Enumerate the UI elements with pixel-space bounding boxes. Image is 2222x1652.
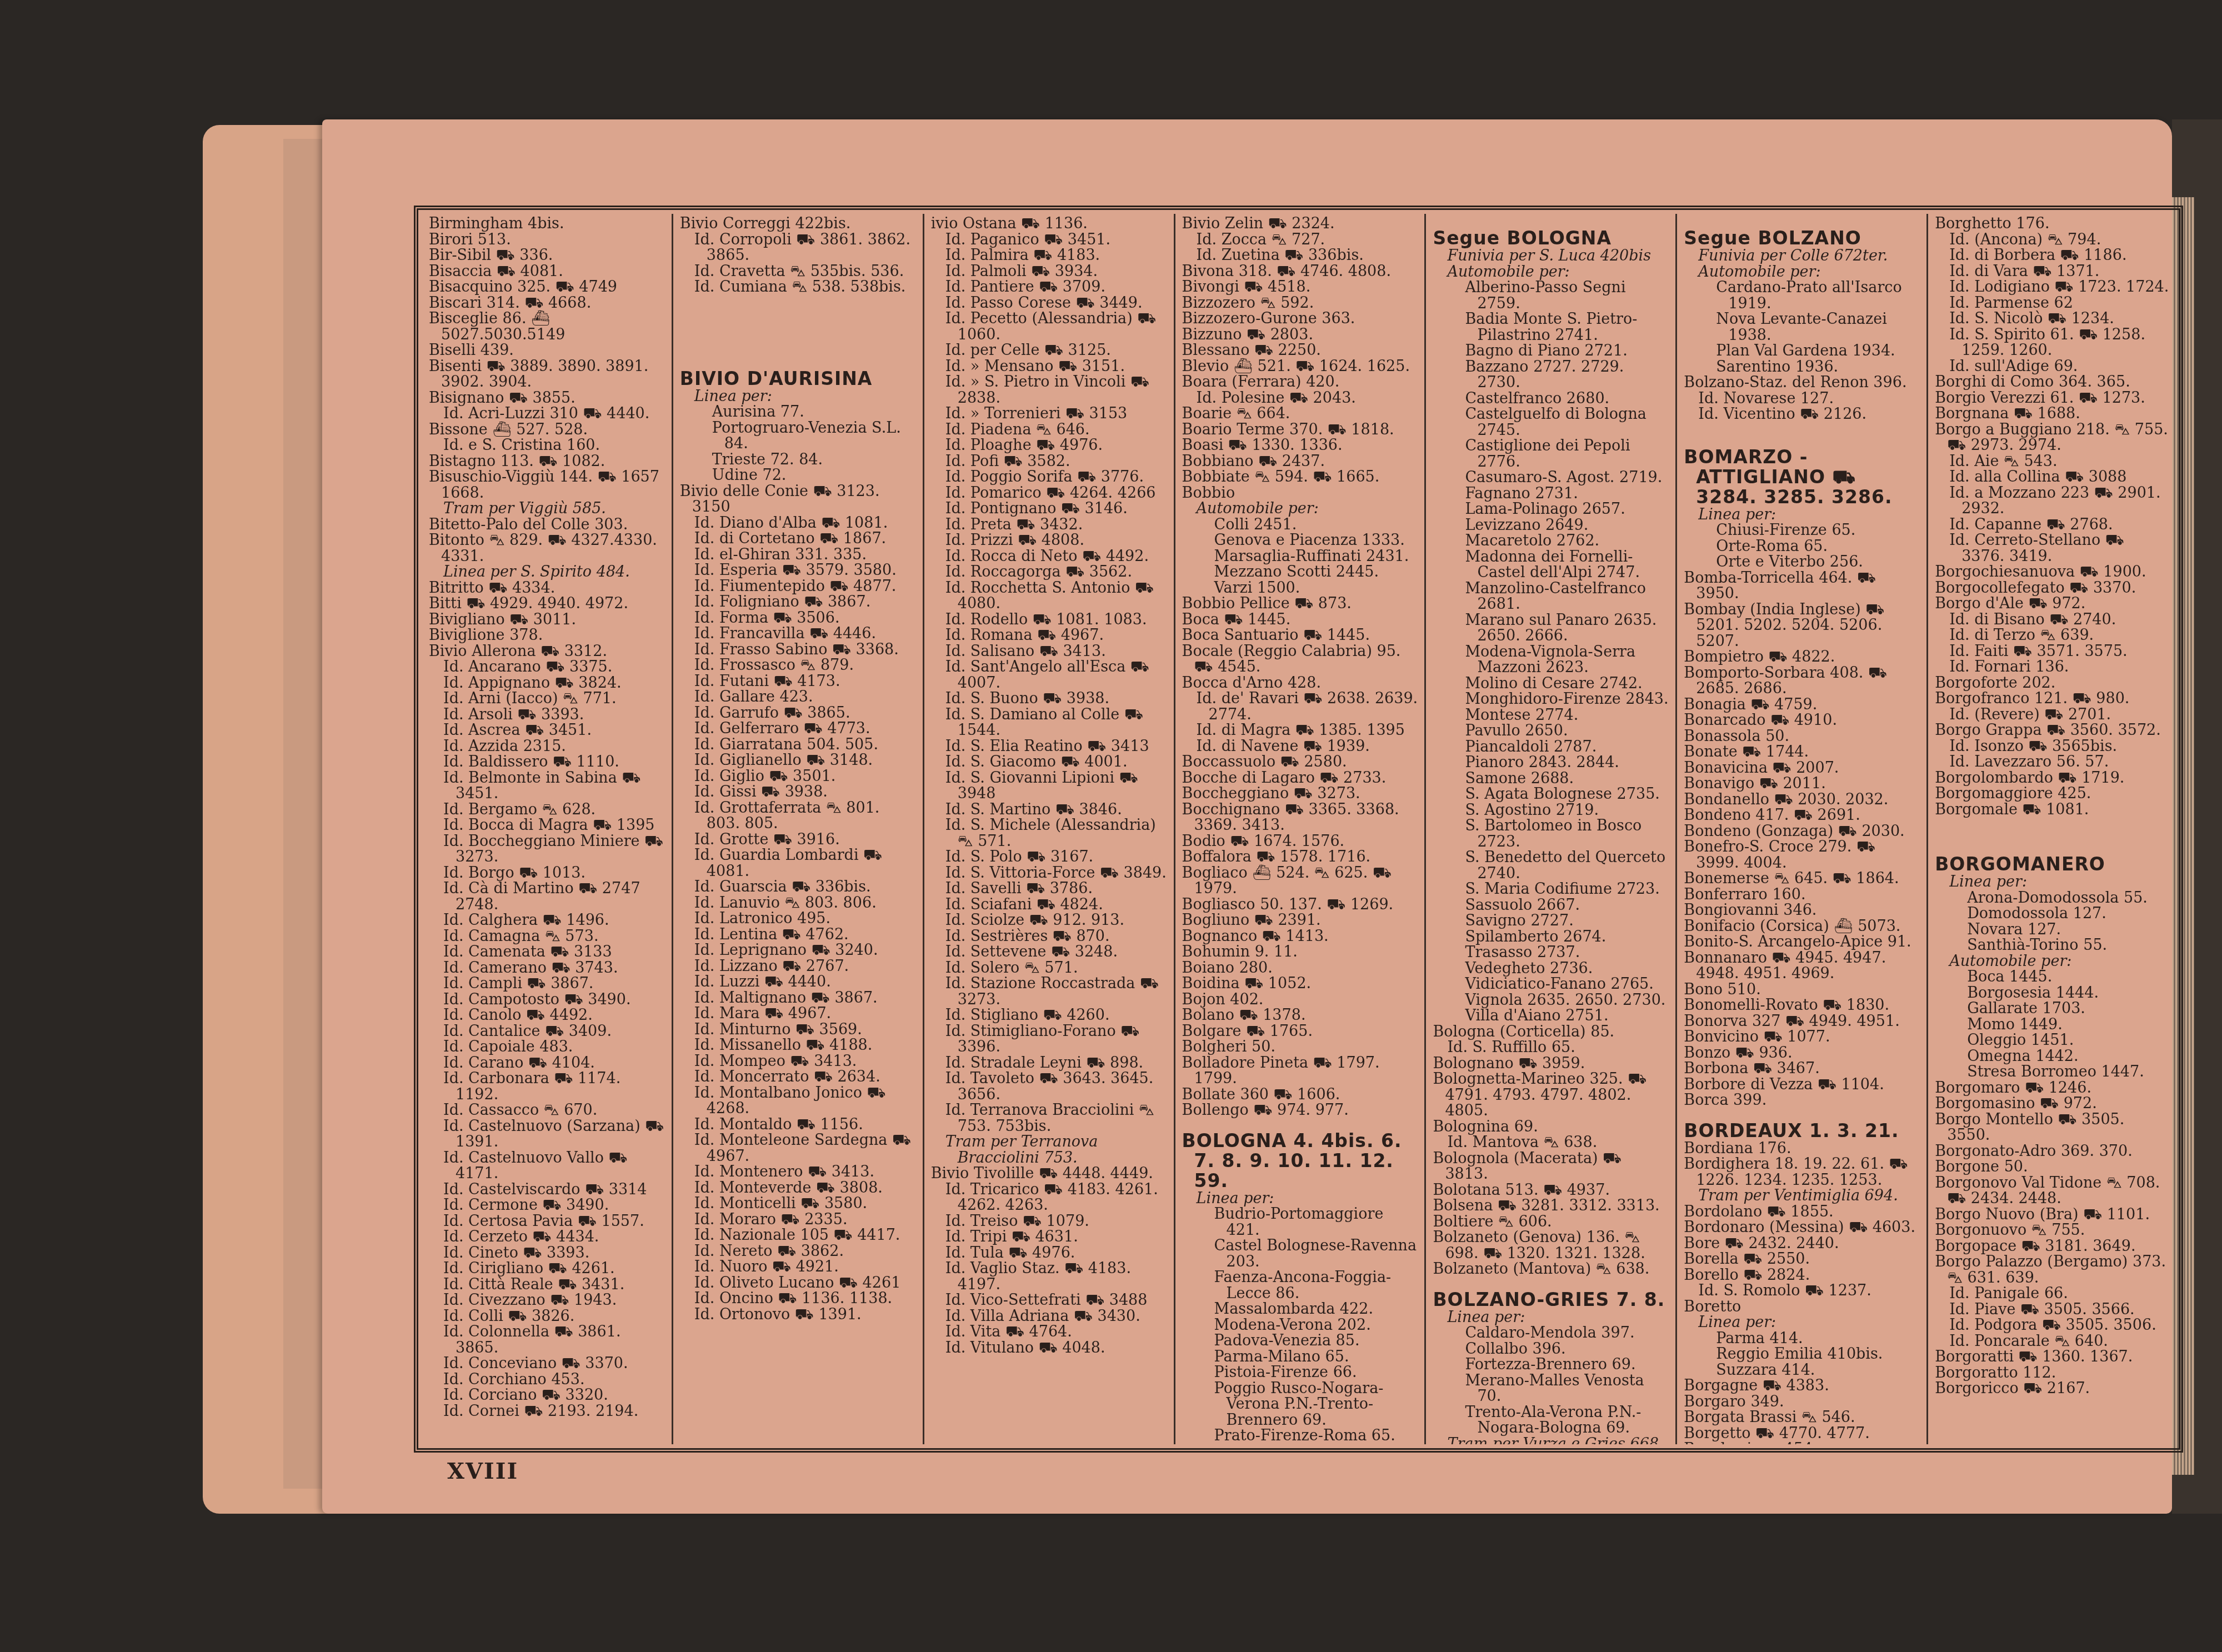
index-entry: Id. Lanuvio ⛍ 803. 806. — [680, 895, 916, 912]
index-entry: Borgofranco 121. ⛟ 980. — [1935, 691, 2171, 707]
index-entry: Id. Preta ⛟ 3432. — [931, 517, 1167, 533]
index-entry: Bolotana 513. ⛟ 4937. — [1433, 1183, 1669, 1199]
index-entry: Id. Montaldo ⛟ 1156. — [680, 1117, 916, 1133]
index-entry: Bolognina 69. — [1433, 1119, 1669, 1135]
index-entry: Bolzaneto (Mantova) ⛍ 638. — [1433, 1261, 1669, 1278]
index-entry: Bolzaneto (Genova) 136. ⛍ 698. ⛟ 1320. 1… — [1433, 1230, 1669, 1261]
section-heading: Segue BOLOGNA — [1433, 228, 1669, 248]
index-entry: Bomporto-Sorbara 408. ⛟ 2685. 2686. — [1684, 665, 1920, 697]
index-entry: Levizzano 2649. — [1433, 518, 1669, 534]
index-entry: Bobbiate ⛍ 594. ⛟ 1665. — [1182, 469, 1418, 485]
index-entry: Bologna (Corticella) 85. — [1433, 1024, 1669, 1040]
index-entry: Borgaro 349. — [1684, 1394, 1920, 1410]
index-entry: Linea per: — [1182, 1191, 1418, 1207]
index-entry: Vedegheto 2736. — [1433, 961, 1669, 977]
index-entry: Borella ⛟ 2550. — [1684, 1251, 1920, 1268]
index-entry: Id. Luzzi ⛟ 4440. — [680, 974, 916, 990]
index-entry: Vidiciatico-Fanano 2765. — [1433, 977, 1669, 993]
index-entry: Borca 399. — [1684, 1093, 1920, 1109]
index-entry: Id. Diano d'Alba ⛟ 1081. — [680, 515, 916, 532]
index-entry: Id. Settevene ⛟ 3248. — [931, 944, 1167, 960]
index-entry: Linea per: — [680, 389, 916, 405]
index-entry: Id. Tricarico ⛟ 4183. 4261. 4262. 4263. — [931, 1182, 1167, 1214]
index-entry: Id. S. Damiano al Colle ⛟ 1544. — [931, 707, 1167, 739]
index-entry: Id. Ascrea ⛟ 3451. — [429, 723, 665, 739]
index-entry: Funivia per Colle 672ter. — [1684, 248, 1920, 264]
index-entry: Id. Ploaghe ⛟ 4976. — [931, 438, 1167, 454]
index-entry: Bisaccia ⛟ 4081. — [429, 264, 665, 280]
index-entry: Id. Corciano ⛟ 3320. — [429, 1388, 665, 1404]
index-entry: Id. Isonzo ⛟ 3565bis. — [1935, 739, 2171, 755]
index-entry: Boltiere ⛍ 606. — [1433, 1214, 1669, 1230]
index-entry: Id. S. Polo ⛟ 3167. — [931, 849, 1167, 865]
index-entry: Trento-Ala-Verona P.N.-Nogara-Bologna 69… — [1433, 1405, 1669, 1436]
index-entry: Sassuolo 2667. — [1433, 898, 1669, 914]
index-entry: Samone 2688. — [1433, 771, 1669, 787]
index-entry: Id. Gelferraro ⛟ 4773. — [680, 721, 916, 737]
index-entry: Id. Pofi ⛟ 3582. — [931, 454, 1167, 470]
index-entry: Boccheggiano ⛟ 3273. — [1182, 786, 1418, 802]
index-entry: Bivio Tivolille ⛟ 4448. 4449. — [931, 1166, 1167, 1182]
index-entry: Bonarcado ⛟ 4910. — [1684, 713, 1920, 729]
index-entry: Id. Campotosto ⛟ 3490. — [429, 992, 665, 1008]
index-entry: Id. Capoiale 483. — [429, 1039, 665, 1055]
index-entry: Blevio ⛴ 521. ⛟ 1624. 1625. — [1182, 359, 1418, 375]
index-entry: Bobbio Pellice ⛟ 873. — [1182, 596, 1418, 612]
index-entry: Borgoforte 202. — [1935, 675, 2171, 692]
index-entry: Id. Arsoli ⛟ 3393. — [429, 707, 665, 723]
index-entry: Badia Monte S. Pietro-Pilastrino 2741. — [1433, 312, 1669, 343]
index-entry: Id. Grotte ⛟ 3916. — [680, 832, 916, 848]
index-entry: Id. alla Collina ⛟ 3088 — [1935, 469, 2171, 485]
index-entry: S. Maria Codifiume 2723. — [1433, 882, 1669, 898]
index-entry: Id. Novarese 127. — [1684, 391, 1920, 407]
index-entry: Bore ⛟ 2432. 2440. — [1684, 1236, 1920, 1252]
index-entry: Id. S. Martino ⛟ 3846. — [931, 802, 1167, 818]
index-entry: Id. Missanello ⛟ 4188. — [680, 1038, 916, 1054]
index-entry: Bisacquino 325. ⛟ 4749 — [429, 279, 665, 296]
index-entry: Bocche di Lagaro ⛟ 2733. — [1182, 770, 1418, 787]
index-entry: Bobbio — [1182, 485, 1418, 502]
index-entry: Id. Forma ⛟ 3506. — [680, 610, 916, 627]
index-entry: Manzolino-Castelfranco 2681. — [1433, 581, 1669, 613]
index-entry: Macaretolo 2762. — [1433, 533, 1669, 549]
index-entry: Bitti ⛟ 4929. 4940. 4972. — [429, 596, 665, 612]
index-entry: Linea per: — [1433, 1310, 1669, 1326]
index-entry: Id. S. Giacomo ⛟ 4001. — [931, 754, 1167, 770]
index-entry: Id. Sciolze ⛟ 912. 913. — [931, 913, 1167, 929]
index-entry: Id. Cineto ⛟ 3393. — [429, 1245, 665, 1261]
index-entry: Savigno 2727. — [1433, 913, 1669, 929]
index-entry: Bizzozero-Gurone 363. — [1182, 311, 1418, 327]
index-entry: Bisignano ⛟ 3855. — [429, 391, 665, 407]
index-entry: Id. Borgo ⛟ 1013. — [429, 865, 665, 882]
index-entry: Linea per S. Spirito 484. — [429, 564, 665, 580]
index-entry: Id. Minturno ⛟ 3569. — [680, 1022, 916, 1038]
index-entry: Santhià-Torino 55. — [1935, 938, 2171, 954]
index-entry: Id. Baldissero ⛟ 1110. — [429, 754, 665, 770]
index-entry: Id. S. Romolo ⛟ 1237. — [1684, 1283, 1920, 1299]
index-entry: Id. » Mensano ⛟ 3151. — [931, 359, 1167, 375]
index-entry: Bonavicina ⛟ 2007. — [1684, 760, 1920, 777]
section-heading: BOLOGNA 4. 4bis. 6. 7. 8. 9. 10. 11. 12.… — [1182, 1131, 1418, 1191]
index-entry: Id. Grottaferrata ⛍ 801. 803. 805. — [680, 800, 916, 832]
section-heading: BIVIO D'AURISINA — [680, 369, 916, 389]
index-entry: Id. Pomarico ⛟ 4264. 4266 — [931, 485, 1167, 502]
index-entry: Bivongi ⛟ 4518. — [1182, 279, 1418, 296]
index-entry: Bitritto ⛟ 4334. — [429, 580, 665, 597]
index-entry: Id. Palmoli ⛟ 3934. — [931, 264, 1167, 280]
index-entry: Id. S. Giovanni Lipioni ⛟ 3948 — [931, 770, 1167, 802]
index-columns: Birmingham 4bis.Birori 513.Bir-Sibil ⛟ 3… — [422, 214, 2178, 1444]
index-entry: Id. Rodello ⛟ 1081. 1083. — [931, 612, 1167, 628]
index-entry: Bivio delle Conie ⛟ 3123. 3150 — [680, 484, 916, 515]
index-entry: Orte-Roma 65. — [1684, 539, 1920, 555]
index-entry: Id. Boccheggiano Miniere ⛟ 3273. — [429, 834, 665, 865]
index-entry: Bondanello ⛟ 2030. 2032. — [1684, 792, 1920, 808]
index-entry: Pistoia-Firenze 66. — [1182, 1365, 1418, 1381]
index-entry: Borgomaro ⛟ 1246. — [1935, 1080, 2171, 1097]
index-entry: Id. Cirigliano ⛟ 4261. — [429, 1261, 665, 1277]
index-entry: Plan Val Gardena 1934. — [1684, 343, 1920, 359]
index-entry: Omegna 1442. — [1935, 1049, 2171, 1065]
index-entry: Bolladore Pineta ⛟ 1797. 1799. — [1182, 1055, 1418, 1087]
index-entry: Id. Poncarale ⛍ 640. — [1935, 1334, 2171, 1350]
index-entry: Borgonato-Adro 369. 370. — [1935, 1144, 2171, 1160]
index-entry: Borgio Verezzi 61. ⛟ 1273. — [1935, 391, 2171, 407]
index-entry: Villa d'Aiano 2751. — [1433, 1008, 1669, 1024]
index-entry: Id. el-Ghiran 331. 335. — [680, 547, 916, 563]
index-entry: Alberino-Passo Segni 2759. — [1433, 280, 1669, 312]
index-entry: Portogruaro-Venezia S.L. 84. — [680, 420, 916, 452]
index-entry: Parma-Milano 65. — [1182, 1349, 1418, 1365]
index-entry: Id. Vita ⛟ 4764. — [931, 1324, 1167, 1340]
index-entry: Bivigliano ⛟ 3011. — [429, 612, 665, 628]
index-entry: Id. Palmira ⛟ 4183. — [931, 248, 1167, 264]
index-entry: Id. Tula ⛟ 4976. — [931, 1245, 1167, 1261]
index-entry: Id. Sant'Angelo all'Esca ⛟ 4007. — [931, 659, 1167, 691]
index-entry: Bolognano ⛟ 3959. — [1433, 1056, 1669, 1072]
index-entry: Id. (Revere) ⛟ 2701. — [1935, 707, 2171, 723]
index-entry: Castiglione dei Pepoli 2776. — [1433, 438, 1669, 470]
index-entry: Id. Foligniano ⛟ 3867. — [680, 594, 916, 610]
index-entry: Birmingham 4bis. — [429, 216, 665, 232]
index-entry: Boccassuolo ⛟ 2580. — [1182, 754, 1418, 770]
index-entry: Id. S. Ruffillo 65. — [1433, 1040, 1669, 1056]
section-heading: BORGOMANERO — [1935, 854, 2171, 874]
index-entry: Id. Civezzano ⛟ 1943. — [429, 1293, 665, 1309]
index-entry: Id. Montalbano Jonico ⛟ 4268. — [680, 1085, 916, 1117]
index-entry: Id. Carano ⛟ 4104. — [429, 1055, 665, 1072]
index-entry: Id. Terranova Bracciolini ⛍ 753. 753bis. — [931, 1103, 1167, 1134]
index-entry: Id. Rocchetta S. Antonio ⛟ 4080. — [931, 580, 1167, 612]
index-entry: Boasi ⛟ 1330. 1336. — [1182, 438, 1418, 454]
index-entry: Borgone 50. — [1935, 1159, 2171, 1175]
index-entry: Bizzuno ⛟ 2803. — [1182, 327, 1418, 343]
index-entry: Id. Lavezzaro 56. 57. — [1935, 754, 2171, 770]
index-entry: Boca 1445. — [1935, 969, 2171, 985]
index-entry: Borbore di Vezza ⛟ 1104. — [1684, 1077, 1920, 1093]
index-entry: Borgo a Buggiano 218. ⛍ 755. ⛟ 2973. 297… — [1935, 422, 2171, 454]
index-entry: Boffalora ⛟ 1578. 1716. — [1182, 849, 1418, 865]
index-entry: Id. Belmonte in Sabina ⛟ 3451. — [429, 770, 665, 802]
index-entry: Id. Tripi ⛟ 4631. — [931, 1229, 1167, 1245]
index-entry: Id. Poggio Sorifa ⛟ 3776. — [931, 469, 1167, 485]
index-entry: Id. Giarratana 504. 505. — [680, 737, 916, 753]
index-entry: Id. Città Reale ⛟ 3431. — [429, 1277, 665, 1293]
index-entry: Id. Maltignano ⛟ 3867. — [680, 990, 916, 1007]
index-entry: Boca Santuario ⛟ 1445. — [1182, 628, 1418, 644]
index-entry: Linea per: — [1684, 507, 1920, 523]
index-entry: Borghi di Como 364. 365. — [1935, 374, 2171, 391]
index-entry: Borgochiesanuova ⛟ 1900. — [1935, 564, 2171, 580]
index-entry: Lama-Polinago 2657. — [1433, 502, 1669, 518]
index-entry: Momo 1449. — [1935, 1017, 2171, 1033]
index-entry: Id. Piadena ⛍ 646. — [931, 422, 1167, 438]
index-entry: Padova-Venezia 85. — [1182, 1333, 1418, 1349]
index-entry: Varzi 1500. — [1182, 580, 1418, 597]
index-entry: Fortezza-Brennero 69. — [1433, 1357, 1669, 1373]
index-entry: Bonorva 327 ⛟ 4949. 4951. — [1684, 1014, 1920, 1030]
index-entry: Borgo Grappa ⛟ 3560. 3572. — [1935, 723, 2171, 739]
index-entry: Id. Cassacco ⛍ 670. — [429, 1103, 665, 1119]
index-column-7: Borghetto 176.Id. (Ancona) ⛍ 794.Id. di … — [1928, 214, 2178, 1444]
index-entry: Id. Colonnella ⛟ 3861. 3865. — [429, 1324, 665, 1356]
index-entry: Bompietro ⛟ 4822. — [1684, 649, 1920, 665]
index-entry: Tram per Viggiù 585. — [429, 501, 665, 517]
index-entry: Bohumin 9. 11. — [1182, 944, 1418, 960]
index-entry: Bondeno (Gonzaga) ⛟ 2030. — [1684, 824, 1920, 840]
index-entry: Madonna dei Fornelli-Castel dell'Alpi 27… — [1433, 549, 1669, 581]
index-entry: S. Bartolomeo in Bosco 2723. — [1433, 818, 1669, 850]
index-entry: Bolzano-Staz. del Renon 396. — [1684, 375, 1920, 391]
index-entry: Molino di Cesare 2742. — [1433, 676, 1669, 692]
index-entry: Bolognetta-Marineo 325. ⛟ 4791. 4793. 47… — [1433, 1072, 1669, 1119]
index-entry: Bazzano 2727. 2729. 2730. — [1433, 359, 1669, 391]
index-entry: Bitonto ⛍ 829. ⛟ 4327.4330. 4331. — [429, 533, 665, 564]
index-entry: Id. Moraro ⛟ 2335. — [680, 1212, 916, 1228]
index-entry: Borgo Palazzo (Bergamo) 373. ⛍ 631. 639. — [1935, 1254, 2171, 1286]
index-entry: Id. Solero ⛍ 571. — [931, 960, 1167, 977]
book-cover-edge — [283, 139, 328, 1489]
index-entry: Id. Mara ⛟ 4967. — [680, 1006, 916, 1022]
index-entry: Id. Nuoro ⛟ 4921. — [680, 1259, 916, 1275]
index-entry: Id. per Celle ⛟ 3125. — [931, 343, 1167, 359]
index-entry: Blessano ⛟ 2250. — [1182, 343, 1418, 359]
index-entry: Id. Stimigliano-Forano ⛟ 3396. — [931, 1024, 1167, 1055]
index-entry: Automobile per: — [1935, 954, 2171, 970]
index-entry: Parma 414. — [1684, 1331, 1920, 1347]
index-entry: Borgetto ⛟ 4770. 4777. — [1684, 1426, 1920, 1442]
index-entry: Borgonovo Val Tidone ⛍ 708. ⛟ 2434. 2448… — [1935, 1175, 2171, 1207]
index-entry: Bobbiano ⛟ 2437. — [1182, 454, 1418, 470]
index-entry: Id. Futani ⛟ 4173. — [680, 674, 916, 690]
index-entry: Bolgare ⛟ 1765. — [1182, 1024, 1418, 1040]
index-entry: Id. Giglio ⛟ 3501. — [680, 769, 916, 785]
index-entry: Bocca d'Arno 428. — [1182, 675, 1418, 692]
index-entry: Mezzano Scotti 2445. — [1182, 564, 1418, 580]
index-entry: Id. Carbonara ⛟ 1174. 1192. — [429, 1071, 665, 1103]
index-entry: Id. Nereto ⛟ 3862. — [680, 1244, 916, 1260]
index-entry: Id. Canolo ⛟ 4492. — [429, 1008, 665, 1024]
index-entry: Id. Zocca ⛍ 727. — [1182, 232, 1418, 248]
index-entry: Id. e S. Cristina 160. — [429, 438, 665, 454]
index-entry: Piancaldoli 2787. — [1433, 739, 1669, 755]
index-entry: Borgopace ⛟ 3181. 3649. — [1935, 1239, 2171, 1255]
index-entry: Id. sull'Adige 69. — [1935, 359, 2171, 375]
index-entry: Borgoratti ⛟ 1360. 1367. — [1935, 1349, 2171, 1365]
index-entry: Id. Lodigiano ⛟ 1723. 1724. — [1935, 279, 2171, 296]
index-entry: Id. S. Spirito 61. ⛟ 1258. 1259. 1260. — [1935, 327, 2171, 359]
index-entry: Bongiovanni 346. — [1684, 903, 1920, 919]
index-entry: Biviglione 378. — [429, 628, 665, 644]
index-entry: Boara (Ferrara) 420. — [1182, 374, 1418, 391]
index-entry: Id. Passo Corese ⛟ 3449. — [931, 296, 1167, 312]
index-entry: Id. di Cortetano ⛟ 1867. — [680, 531, 916, 547]
index-entry: Boarie ⛍ 664. — [1182, 406, 1418, 422]
index-entry: Bivio Allerona ⛟ 3312. — [429, 644, 665, 660]
section-heading: BORDEAUX 1. 3. 21. — [1684, 1121, 1920, 1141]
index-entry: Borgo Montello ⛟ 3505. 3550. — [1935, 1112, 2171, 1144]
index-entry: Bonzo ⛟ 936. — [1684, 1045, 1920, 1062]
index-entry: Boidina ⛟ 1052. — [1182, 976, 1418, 992]
index-entry: Bonifacio (Corsica) ⛴ 5073. — [1684, 919, 1920, 935]
index-entry: Id. Parmense 62 — [1935, 296, 2171, 312]
index-entry: Id. Cantalice ⛟ 3409. — [429, 1024, 665, 1040]
index-entry: Id. Salisano ⛟ 3413. — [931, 644, 1167, 660]
index-entry: Id. Fiumentepido ⛟ 4877. — [680, 579, 916, 595]
index-entry: Borgagne ⛟ 4383. — [1684, 1378, 1920, 1394]
index-entry: Fagnano 2731. — [1433, 486, 1669, 502]
index-entry: Modena-Vignola-Serra Mazzoni 2623. — [1433, 644, 1669, 676]
index-entry: Id. Cermone ⛟ 3490. — [429, 1198, 665, 1214]
index-entry: Bonito-S. Arcangelo-Apice 91. — [1684, 934, 1920, 950]
index-entry: Arona-Domodossola 55. — [1935, 890, 2171, 907]
index-entry: Monghidoro-Firenze 2843. — [1433, 692, 1669, 708]
index-entry: Id. Corchiano 453. — [429, 1372, 665, 1388]
index-entry: Poggio Rusco-Nogara-Verona P.N.-Trento-B… — [1182, 1381, 1418, 1429]
index-entry: Id. Cerreto-Stellano ⛟ 3376. 3419. — [1935, 533, 2171, 564]
index-entry: Udine 72. — [680, 468, 916, 484]
index-entry: Id. Gallare 423. — [680, 689, 916, 705]
index-entry: Id. Villa Adriana ⛟ 3430. — [931, 1309, 1167, 1325]
index-entry: Automobile per: — [1182, 501, 1418, 517]
index-entry: Id. Stradale Leyni ⛟ 898. — [931, 1055, 1167, 1072]
index-entry: Borgo d'Ale ⛟ 972. — [1935, 596, 2171, 612]
index-entry: Id. Giglianello ⛟ 3148. — [680, 753, 916, 769]
index-entry: Marsaglia-Ruffinati 2431. — [1182, 549, 1418, 565]
index-entry: Id. Frasso Sabino ⛟ 3368. — [680, 642, 916, 658]
index-entry: Bonavigo ⛟ 2011. — [1684, 776, 1920, 792]
index-column-1: Birmingham 4bis.Birori 513.Bir-Sibil ⛟ 3… — [422, 214, 673, 1444]
index-entry: Id. Paganico ⛟ 3451. — [931, 232, 1167, 248]
index-entry: Bollate 360 ⛟ 1606. — [1182, 1087, 1418, 1103]
index-entry: Id. Zuetina ⛟ 336bis. — [1182, 248, 1418, 264]
index-entry: Id. Vico-Settefrati ⛟ 3488 — [931, 1293, 1167, 1309]
index-entry: Genova e Piacenza 1333. — [1182, 533, 1418, 549]
index-entry: S. Agata Bolognese 2735. — [1433, 787, 1669, 803]
index-entry: Aurisina 77. — [680, 404, 916, 420]
index-entry: S. Benedetto del Querceto 2740. — [1433, 850, 1669, 882]
index-entry: Id. Stazione Roccastrada ⛟ 3273. — [931, 976, 1167, 1008]
index-entry: Bogliaco ⛴ 524. ⛍ 625. ⛟ 1979. — [1182, 865, 1418, 897]
index-entry: Id. S. Michele (Alessandria) ⛍ 571. — [931, 818, 1167, 849]
index-entry: Caldaro-Mendola 397. — [1433, 1325, 1669, 1341]
index-entry: Biscari 314. ⛟ 4668. — [429, 296, 665, 312]
index-entry: Cardano-Prato all'Isarco 1919. — [1684, 280, 1920, 312]
index-entry: Id. S. Nicolò ⛟ 1234. — [1935, 311, 2171, 327]
index-entry: Sarentino 1936. — [1684, 359, 1920, 376]
index-entry: Casumaro-S. Agost. 2719. — [1433, 470, 1669, 486]
index-entry: Id. Castelnuovo (Sarzana) ⛟ 1391. — [429, 1119, 665, 1150]
index-entry: Id. S. Elia Reatino ⛟ 3413 — [931, 739, 1167, 755]
index-entry: Id. Azzida 2315. — [429, 739, 665, 755]
page-number: XVIII — [447, 1458, 518, 1484]
index-entry: Id. S. Buono ⛟ 3938. — [931, 691, 1167, 707]
index-entry: Id. Ancarano ⛟ 3375. — [429, 659, 665, 675]
index-entry: S. Agostino 2719. — [1433, 803, 1669, 819]
index-entry: Id. Faiti ⛟ 3571. 3575. — [1935, 644, 2171, 660]
index-entry: Bonvicino ⛟ 1077. — [1684, 1029, 1920, 1045]
spacer — [680, 344, 916, 357]
index-entry: Id. Pecetto (Alessandria) ⛟ 1060. — [931, 311, 1167, 343]
index-entry: Nova Levante-Canazei 1938. — [1684, 312, 1920, 343]
index-entry: Birori 513. — [429, 232, 665, 248]
index-entry: Bonate ⛟ 1744. — [1684, 744, 1920, 760]
index-entry: Id. Pontignano ⛟ 3146. — [931, 501, 1167, 517]
index-entry: Id. Mompeo ⛟ 3413. — [680, 1054, 916, 1070]
index-entry: Id. Latronico 495. — [680, 911, 916, 927]
index-entry: Id. Campli ⛟ 3867. — [429, 976, 665, 992]
index-entry: Id. Calghera ⛟ 1496. — [429, 913, 665, 929]
index-entry: Bolognola (Macerata) ⛟ 3813. — [1433, 1151, 1669, 1183]
index-entry: Trieste 72. 84. — [680, 452, 916, 468]
index-entry: Borgonuovo ⛍ 755. — [1935, 1223, 2171, 1239]
index-column-5: Segue BOLOGNAFunivia per S. Luca 420bisA… — [1426, 214, 1677, 1444]
index-entry: Id. Lentina ⛟ 4762. — [680, 927, 916, 943]
index-entry: Bordonaro (Messina) ⛟ 4603. — [1684, 1220, 1920, 1236]
index-entry: Bonferraro 160. — [1684, 887, 1920, 903]
index-entry: Domodossola 127. — [1935, 906, 2171, 922]
index-entry: Id. Bocca di Magra ⛟ 1395 — [429, 818, 665, 834]
index-entry: Id. Mantova ⛍ 638. — [1433, 1135, 1669, 1151]
index-entry: Id. Camerano ⛟ 3743. — [429, 960, 665, 977]
index-entry: Id. » Torrenieri ⛟ 3153 — [931, 406, 1167, 422]
index-entry: Borgnana ⛟ 1688. — [1935, 406, 2171, 422]
index-entry: Id. Garrufo ⛟ 3865. — [680, 705, 916, 722]
index-entry: Id. di Borbera ⛟ 1186. — [1935, 248, 2171, 264]
index-entry: Massalombarda 422. — [1182, 1301, 1418, 1318]
index-entry: Id. Cornei ⛟ 2193. 2194. — [429, 1404, 665, 1420]
spacer — [680, 332, 916, 344]
index-entry: Id. Lizzano ⛟ 2767. — [680, 959, 916, 975]
index-entry: Id. Monteverde ⛟ 3808. — [680, 1180, 916, 1197]
index-entry: Borgocollefegato ⛟ 3370. — [1935, 580, 2171, 597]
index-entry: Id. Guarscia ⛟ 336bis. — [680, 879, 916, 895]
index-entry: Id. di Vara ⛟ 1371. — [1935, 264, 2171, 280]
index-entry: Bono 510. — [1684, 982, 1920, 998]
index-entry: Bonefro-S. Croce 279. ⛟ 3999. 4004. — [1684, 839, 1920, 871]
index-entry: Id. Oliveto Lucano ⛟ 4261 — [680, 1275, 916, 1291]
index-entry: Id. Vicentino ⛟ 2126. — [1684, 407, 1920, 423]
spacer — [1684, 423, 1920, 435]
index-entry: Linea per: — [1684, 1315, 1920, 1331]
index-entry: Id. di Magra ⛟ 1385. 1395 — [1182, 723, 1418, 739]
index-entry: Id. Frossasco ⛍ 879. — [680, 658, 916, 674]
index-entry: Id. a Mozzano 223 ⛟ 2901. 2932. — [1935, 485, 2171, 517]
index-entry: Tram per Terranova Bracciolini 753. — [931, 1134, 1167, 1166]
index-entry: Borghetto 176. — [1935, 216, 2171, 232]
